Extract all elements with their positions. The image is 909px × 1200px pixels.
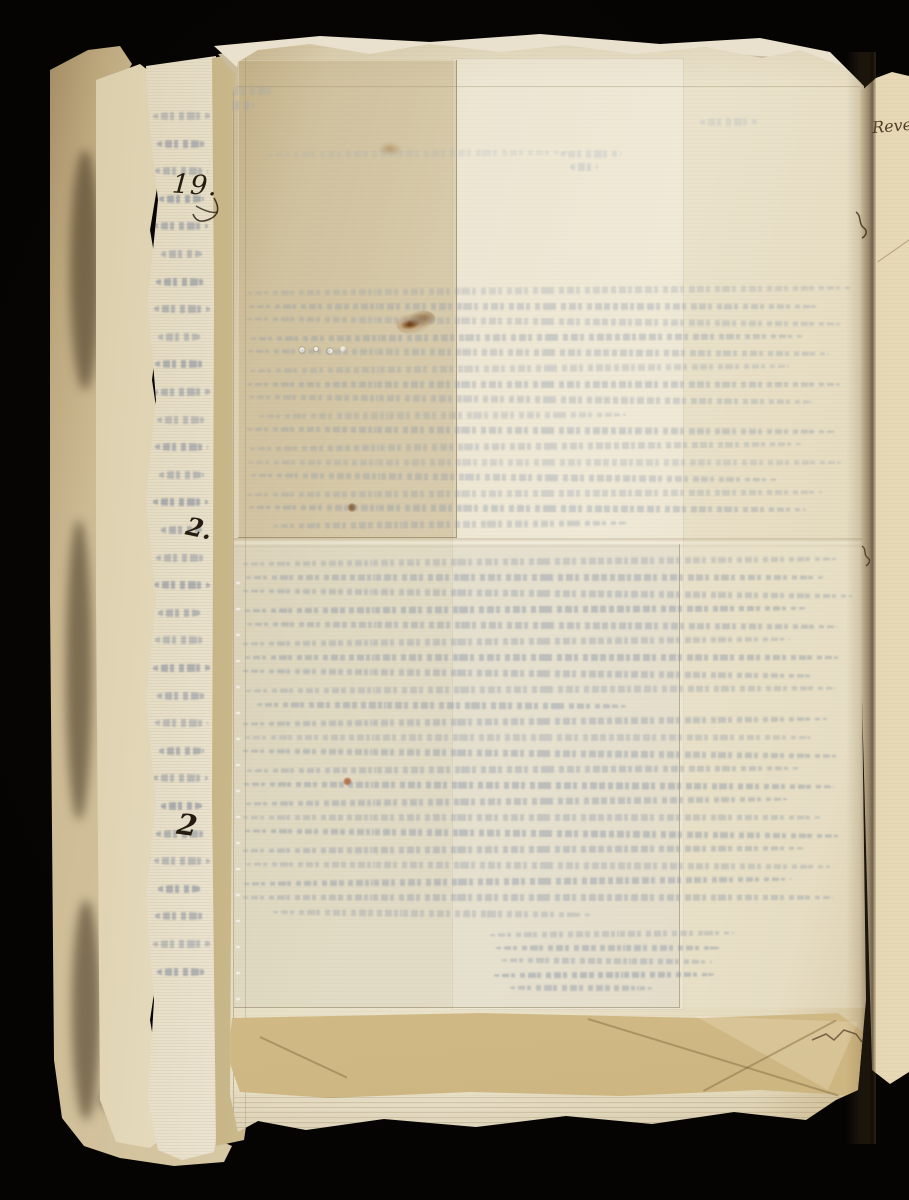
- stain: [343, 777, 352, 786]
- bleedthrough-line: [158, 333, 201, 341]
- bleedthrough-line: [156, 554, 207, 562]
- tear-shadow: [72, 900, 100, 1120]
- paper-damage-flecks: [296, 344, 350, 356]
- bleedthrough-line: [155, 719, 208, 727]
- page-edge-line: [245, 58, 246, 1130]
- facing-page-heading: Reven: [871, 114, 909, 137]
- page-edge-line: [238, 86, 860, 87]
- folio-number: 19.: [171, 168, 219, 202]
- bleedthrough-line: [700, 118, 758, 127]
- bleedthrough-line: [161, 250, 202, 258]
- bleedthrough-line: [155, 360, 207, 368]
- bleedthrough-line: [154, 581, 210, 589]
- bleedthrough-line: [153, 498, 208, 506]
- bleedthrough-line: [153, 774, 208, 782]
- bleedthrough-line: [153, 112, 211, 121]
- bleedthrough-line: [154, 857, 210, 865]
- bleedthrough-line: [155, 443, 208, 451]
- bleedthrough-line: [155, 636, 207, 644]
- crease-line: [877, 239, 909, 263]
- bleedthrough-line: [153, 940, 211, 949]
- bleedthrough-line: [158, 609, 201, 617]
- bleedthrough-line: [159, 471, 204, 479]
- bleedthrough-line: [157, 692, 206, 700]
- tear-shadow: [66, 520, 92, 820]
- bleedthrough-line: [157, 968, 206, 976]
- tear-shadow: [70, 150, 100, 390]
- stain: [347, 503, 357, 512]
- bleedthrough-line: [158, 885, 201, 893]
- paper-veil-right: [681, 546, 867, 1008]
- page-edge-line: [233, 60, 234, 1122]
- bleedthrough-line: [153, 664, 211, 673]
- gutter-shadow: [846, 52, 876, 1144]
- bleedthrough-line: [155, 912, 207, 920]
- paper-damage-flecks: [236, 560, 240, 1000]
- archival-manuscript-photo: Reven 19. 2. 2: [0, 0, 909, 1200]
- pasted-patch-lower-left: [234, 544, 680, 1008]
- bleedthrough-line: [157, 416, 206, 424]
- bleedthrough-line: [154, 305, 210, 313]
- bleedthrough-line: [153, 222, 208, 230]
- bleedthrough-line: [159, 747, 204, 755]
- bleedthrough-line: [157, 140, 206, 148]
- bleedthrough-line: [156, 278, 207, 286]
- pasted-patch-upper-left: [238, 60, 457, 538]
- stain: [378, 142, 402, 156]
- bleedthrough-line: [153, 388, 211, 397]
